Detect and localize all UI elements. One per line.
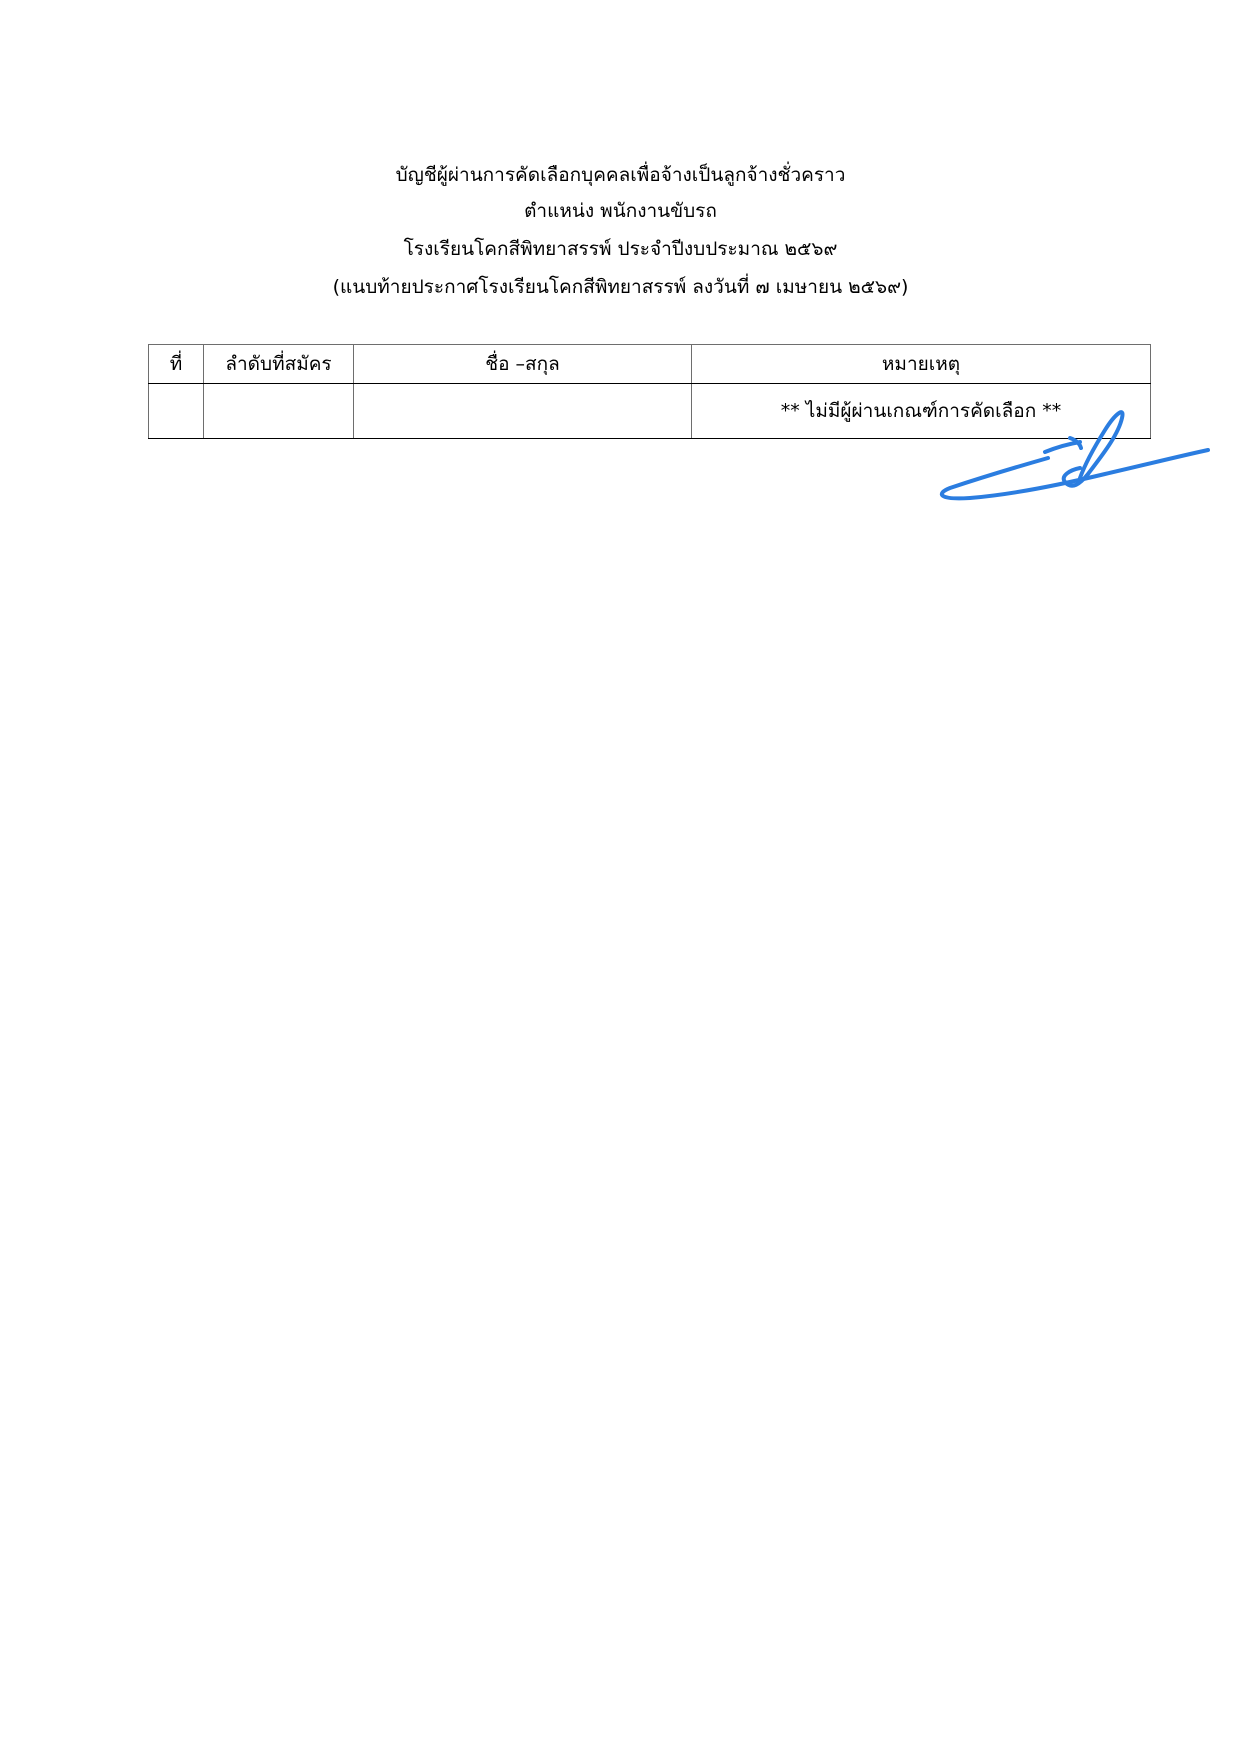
cell-application-order [204,384,354,439]
column-header-application-order: ลำดับที่สมัคร [204,345,354,384]
column-header-remarks: หมายเหตุ [692,345,1151,384]
column-header-full-name: ชื่อ –สกุล [354,345,692,384]
document-title: บัญชีผู้ผ่านการคัดเลือกบุคคลเพื่อจ้างเป็… [0,166,1241,185]
announcement-reference: (แนบท้ายประกาศโรงเรียนโคกสีพิทยาสรรพ์ ลง… [0,278,1241,297]
cell-full-name [354,384,692,439]
signature-strokes [942,412,1208,498]
table-header-row: ที่ ลำดับที่สมัคร ชื่อ –สกุล หมายเหตุ [149,345,1151,384]
school-fiscal-year: โรงเรียนโคกสีพิทยาสรรพ์ ประจำปีงบประมาณ … [0,240,1241,259]
cell-number [149,384,204,439]
position-title: ตำแหน่ง พนักงานขับรถ [0,202,1241,221]
column-header-number: ที่ [149,345,204,384]
signature-icon [930,408,1210,508]
